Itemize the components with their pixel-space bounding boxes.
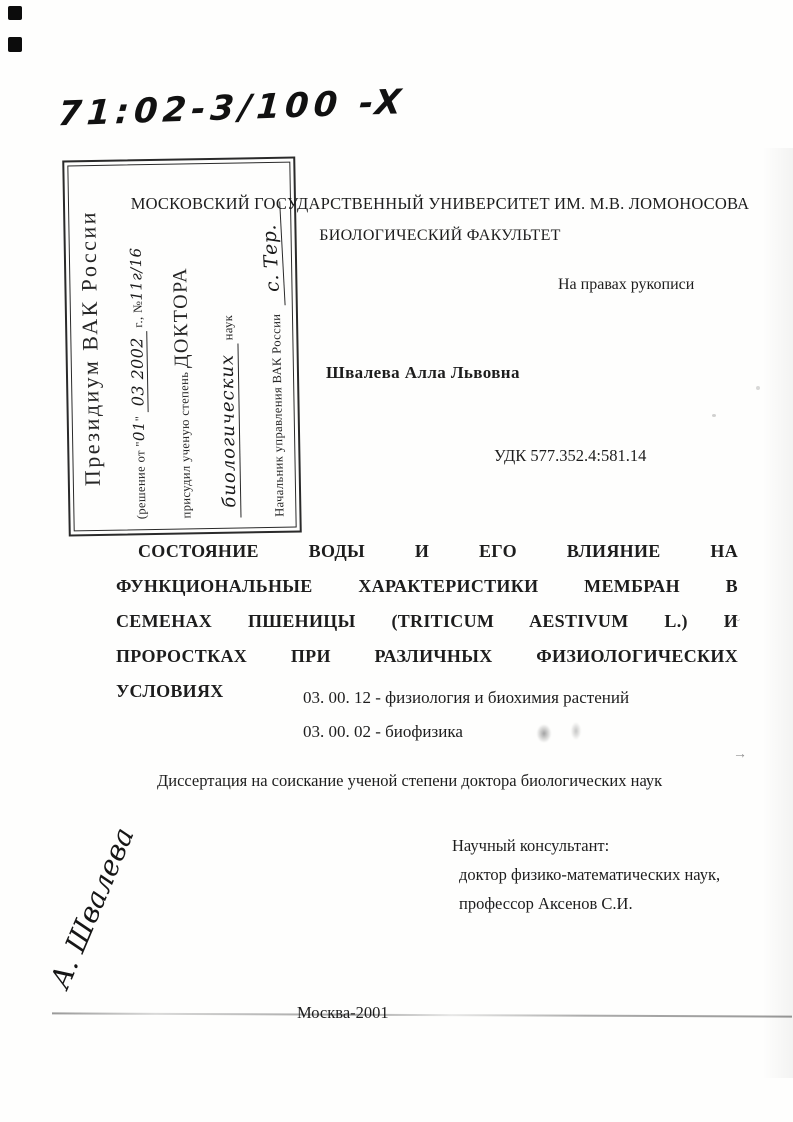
city-and-year: Москва-2001 — [297, 1003, 389, 1023]
scan-smudge — [569, 719, 583, 743]
scan-smudge — [534, 721, 554, 746]
stamp-decision-suffix: г., № — [130, 301, 145, 332]
consultant-degree: доктор физико-математических наук, — [459, 860, 720, 889]
stamp-decision-quote: " — [132, 416, 146, 422]
stamp-degree: ДОКТОРА — [169, 267, 193, 369]
faculty-name: БИОЛОГИЧЕСКИЙ ФАКУЛЬТЕТ — [90, 227, 790, 245]
stamp-decision-prefix: (решение от " — [133, 441, 148, 519]
scan-speck — [712, 414, 716, 417]
university-name: МОСКОВСКИЙ ГОСУДАРСТВЕННЫЙ УНИВЕРСИТЕТ И… — [90, 194, 790, 214]
stamp-award-text: присудил ученую степень — [176, 372, 193, 519]
author-name: Швалева Алла Львовна — [326, 363, 520, 383]
stamp-decision-day-handwritten: 01 — [130, 421, 148, 441]
consultant-name: профессор Аксенов С.И. — [459, 889, 720, 918]
stamp-field-unit: наук — [221, 315, 235, 341]
stamp-decision-number-handwritten: 11г/16 — [127, 247, 146, 301]
scientific-consultant-block: Научный консультант: доктор физико-матем… — [452, 831, 720, 918]
scan-corner-mark-bottom — [8, 37, 22, 52]
author-handwritten-signature: А. Швалева — [36, 805, 159, 1015]
scanned-title-page: 71:02-3/100 -X Президиум ВАК России (реш… — [0, 0, 793, 1122]
scan-speck — [756, 386, 760, 390]
scan-pen-mark: → — [733, 747, 747, 763]
scan-line-artifact — [52, 1012, 792, 1017]
scan-corner-mark-top — [8, 6, 22, 20]
manuscript-rights-note: На правах рукописи — [558, 276, 768, 294]
scan-pen-mark: ~ — [732, 612, 741, 629]
handwritten-call-number: 71:02-3/100 -X — [57, 82, 420, 135]
specialty-plant-physiology: 03. 00. 12 - физиология и биохимия расте… — [303, 681, 629, 715]
udk-code: УДК 577.352.4:581.14 — [494, 446, 646, 466]
dissertation-degree-note: Диссертация на соискание ученой степени … — [157, 771, 662, 791]
institution-header: МОСКОВСКИЙ ГОСУДАРСТВЕННЫЙ УНИВЕРСИТЕТ И… — [90, 194, 790, 245]
scan-edge-shading — [762, 148, 793, 1078]
stamp-official-title: Начальник управления ВАК России — [269, 314, 288, 517]
stamp-field-handwritten: биологических — [217, 344, 242, 518]
consultant-label: Научный консультант: — [452, 831, 720, 860]
stamp-decision-date-handwritten: 03 2002 — [127, 331, 148, 412]
